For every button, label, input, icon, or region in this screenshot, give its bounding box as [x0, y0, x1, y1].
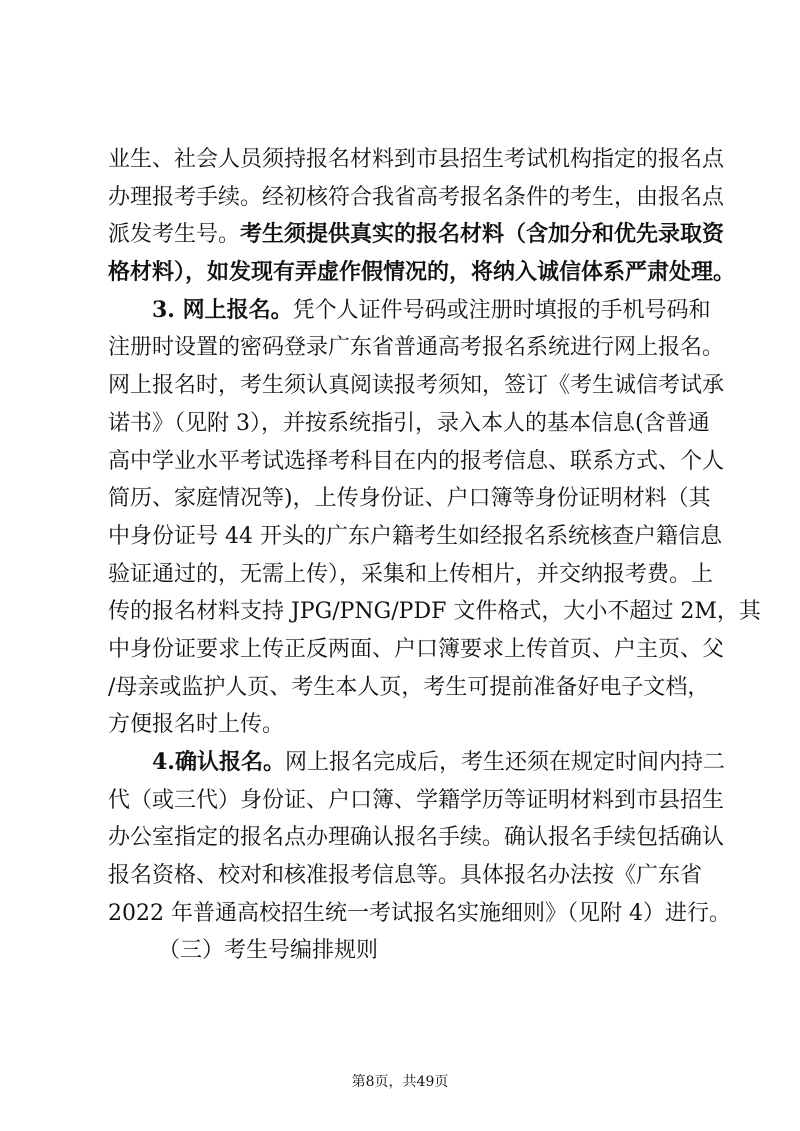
text-line: 代（或三代）身份证、户口簿、学籍学历等证明材料到市县招生: [108, 782, 700, 820]
text-segment: 网上报名完成后，考生还须在规定时间内持二: [285, 750, 725, 775]
bold-text-segment: 格材料），如发现有弄虚作假情况的，将纳入诚信体系严肃处理。: [108, 259, 735, 285]
subsection-heading: （三）考生号编排规则: [108, 932, 700, 970]
text-segment: 办公室指定的报名点办理确认报名手续。确认报名手续包括确认: [108, 825, 724, 850]
page-footer: 第8页，共49页: [0, 1071, 800, 1091]
section-heading-online-registration: 3. 网上报名。: [152, 297, 293, 323]
text-segment: 业生、社会人员须持报名材料到市县招生考试机构指定的报名点: [108, 147, 724, 172]
text-segment: 中身份证号 44 开头的广东户籍考生如经报名系统核查户籍信息: [108, 524, 722, 549]
text-segment: 代（或三代）身份证、户口簿、学籍学历等证明材料到市县招生: [108, 788, 724, 813]
text-line: 注册时设置的密码登录广东省普通高考报名系统进行网上报名。: [108, 329, 700, 367]
text-segment: 高中学业水平考试选择考科目在内的报考信息、联系方式、个人: [108, 449, 724, 474]
text-line: 派发考生号。考生须提供真实的报名材料（含加分和优先录取资: [108, 216, 700, 254]
text-segment: 办理报考手续。经初核符合我省高考报名条件的考生，由报名点: [108, 185, 724, 210]
text-segment: 派发考生号。: [108, 222, 240, 247]
text-segment: 凭个人证件号码或注册时填报的手机号码和: [293, 298, 711, 323]
text-segment: 报名资格、校对和核准报考信息等。具体报名办法按《广东省: [108, 863, 702, 888]
text-line: 诺书》（见附 3），并按系统指引，录入本人的基本信息(含普通: [108, 405, 700, 443]
text-line: 高中学业水平考试选择考科目在内的报考信息、联系方式、个人: [108, 443, 700, 481]
paragraph-start-line: 3. 网上报名。凭个人证件号码或注册时填报的手机号码和: [108, 292, 700, 330]
text-line: 业生、社会人员须持报名材料到市县招生考试机构指定的报名点: [108, 141, 700, 179]
text-line: 格材料），如发现有弄虚作假情况的，将纳入诚信体系严肃处理。: [108, 254, 700, 292]
text-line: 简历、家庭情况等)，上传身份证、户口簿等身份证明材料（其: [108, 480, 700, 518]
text-segment: /母亲或监护人页、考生本人页，考生可提前准备好电子文档，: [108, 675, 709, 700]
document-page: 业生、社会人员须持报名材料到市县招生考试机构指定的报名点 办理报考手续。经初核符…: [0, 0, 800, 1131]
text-line: 网上报名时，考生须认真阅读报考须知，签订《考生诚信考试承: [108, 367, 700, 405]
text-line: 中身份证号 44 开头的广东户籍考生如经报名系统核查户籍信息: [108, 518, 700, 556]
paragraph-end-line: 方便报名时上传。: [108, 706, 700, 744]
text-line: 中身份证要求上传正反两面、户口簿要求上传首页、户主页、父: [108, 631, 700, 669]
text-segment: 简历、家庭情况等)，上传身份证、户口簿等身份证明材料（其: [108, 486, 711, 511]
paragraph-start-line: 4.确认报名。网上报名完成后，考生还须在规定时间内持二: [108, 744, 700, 782]
text-line: 报名资格、校对和核准报考信息等。具体报名办法按《广东省: [108, 857, 700, 895]
text-segment: 2022 年普通高校招生统一考试报名实施细则》（见附 4）进行。: [108, 901, 731, 926]
bold-text-segment: 考生须提供真实的报名材料（含加分和优先录取资: [240, 221, 724, 247]
text-line: /母亲或监护人页、考生本人页，考生可提前准备好电子文档，: [108, 669, 700, 707]
section-heading-confirm-registration: 4.确认报名。: [152, 749, 285, 775]
subsection-title-exam-number-rules: （三）考生号编排规则: [158, 938, 378, 963]
text-segment: 传的报名材料支持 JPG/PNG/PDF 文件格式，大小不超过 2M，其: [108, 599, 761, 624]
text-line: 办理报考手续。经初核符合我省高考报名条件的考生，由报名点: [108, 179, 700, 217]
text-segment: 网上报名时，考生须认真阅读报考须知，签订《考生诚信考试承: [108, 373, 724, 398]
text-segment: 注册时设置的密码登录广东省普通高考报名系统进行网上报名。: [108, 335, 724, 360]
text-line: 传的报名材料支持 JPG/PNG/PDF 文件格式，大小不超过 2M，其: [108, 593, 700, 631]
page-indicator: 第8页，共49页: [352, 1074, 449, 1090]
paragraph-end-line: 2022 年普通高校招生统一考试报名实施细则》（见附 4）进行。: [108, 895, 700, 933]
text-line: 验证通过的，无需上传），采集和上传相片，并交纳报考费。上: [108, 556, 700, 594]
text-segment: 诺书》（见附 3），并按系统指引，录入本人的基本信息(含普通: [108, 411, 710, 436]
document-body: 业生、社会人员须持报名材料到市县招生考试机构指定的报名点 办理报考手续。经初核符…: [108, 141, 700, 970]
text-segment: 中身份证要求上传正反两面、户口簿要求上传首页、户主页、父: [108, 637, 724, 662]
text-segment: 方便报名时上传。: [108, 712, 284, 737]
text-line: 办公室指定的报名点办理确认报名手续。确认报名手续包括确认: [108, 819, 700, 857]
text-segment: 验证通过的，无需上传），采集和上传相片，并交纳报考费。上: [108, 562, 713, 587]
